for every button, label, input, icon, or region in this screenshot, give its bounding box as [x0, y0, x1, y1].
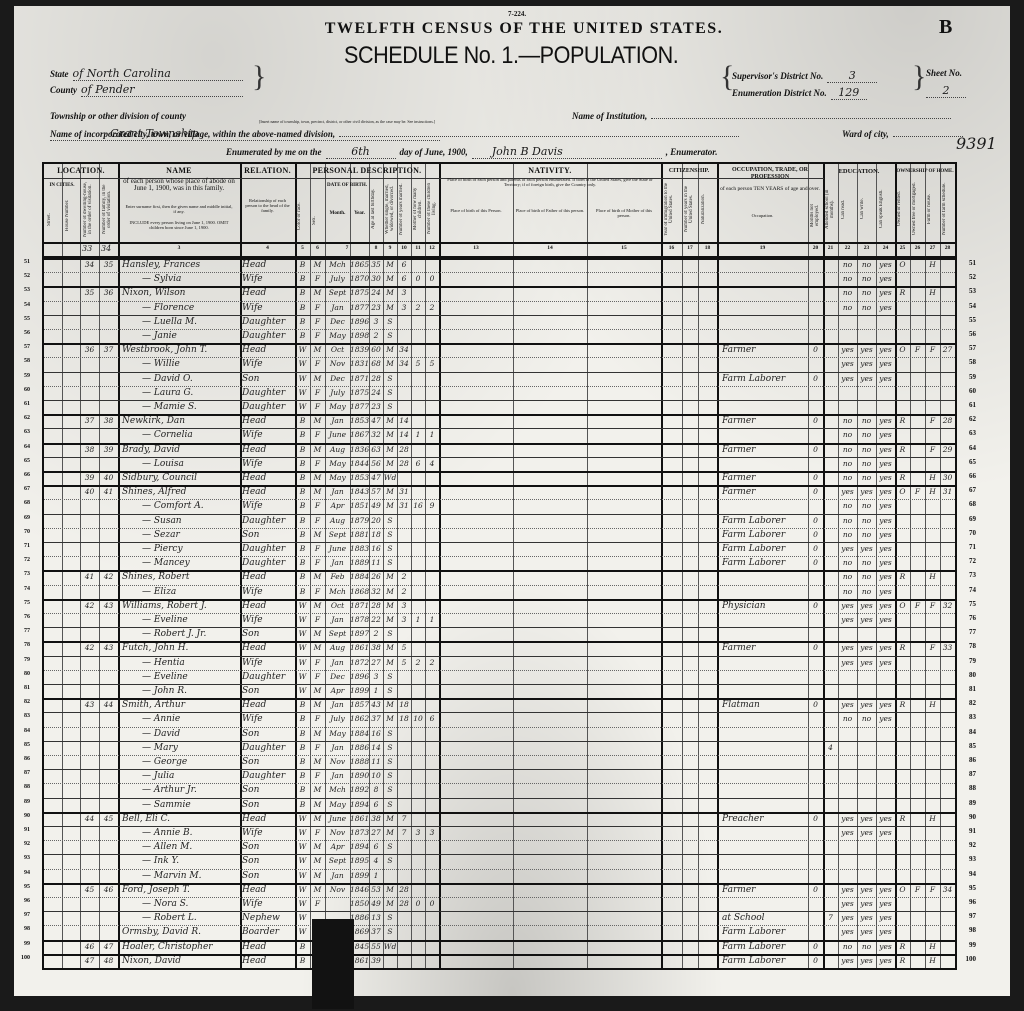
- ed-field: Enumeration District No. 129: [732, 83, 922, 101]
- cell-dwelling: 46: [80, 940, 99, 954]
- cell-farm: F: [925, 414, 940, 428]
- cell-relation: Head: [242, 471, 295, 485]
- table-row: — EvelineWifeWFJan187822M311yesyesyes: [44, 613, 955, 627]
- cell-ym: 18: [397, 712, 411, 726]
- cell-year: 1843: [350, 485, 369, 499]
- cell-sex: F: [310, 656, 325, 670]
- cell-ym: 6: [397, 272, 411, 286]
- table-row: — Robert J. Jr.SonWMSept18972S: [44, 627, 955, 641]
- cell-ym: 28: [397, 897, 411, 911]
- cell-marital: M: [383, 641, 397, 655]
- cell-color: W: [295, 386, 310, 400]
- line-number: 93: [12, 855, 30, 861]
- cell-name: — Louisa: [120, 457, 262, 471]
- cell-month: Jan: [325, 741, 350, 755]
- supervisor-field: Supervisor's District No. 3: [732, 66, 922, 84]
- cell-year: 1894: [350, 840, 369, 854]
- cell-age: 55: [369, 940, 383, 954]
- cell-sex: F: [310, 329, 325, 343]
- marital-header: Whether single, married, widowed, or div…: [385, 180, 396, 238]
- cell-occupation: Farm Laborer: [722, 514, 808, 528]
- cell-age: 2: [369, 329, 383, 343]
- line-number: 93: [958, 855, 976, 863]
- line-number: 59: [12, 373, 30, 379]
- cell-read: no: [838, 286, 857, 300]
- line-number: 84: [958, 728, 976, 736]
- cell-relation: Head: [242, 940, 295, 954]
- cell-marital: S: [383, 840, 397, 854]
- cell-age: 60: [369, 343, 383, 357]
- column-number: 6: [310, 245, 325, 251]
- cell-owned: R: [895, 414, 910, 428]
- cell-family: 42: [99, 570, 118, 584]
- cell-write: no: [857, 585, 876, 599]
- cell-color: B: [295, 471, 310, 485]
- cell-month: May: [325, 400, 350, 414]
- cell-sex: M: [310, 755, 325, 769]
- table-row: — Marvin M.SonWMJan18991: [44, 869, 955, 883]
- line-number: 79: [958, 657, 976, 665]
- cell-year: 1861: [350, 812, 369, 826]
- naturalization-header: Naturalization.: [701, 180, 715, 238]
- cell-relation: Head: [242, 954, 295, 968]
- cell-owned: O: [895, 599, 910, 613]
- cell-farm: F: [925, 443, 940, 457]
- cell-year: 1861: [350, 641, 369, 655]
- cell-owned: O: [895, 883, 910, 897]
- cell-write: yes: [857, 826, 876, 840]
- cell-year: 1871: [350, 599, 369, 613]
- cell-relation: Wife: [242, 457, 295, 471]
- column-number: 3: [118, 245, 240, 251]
- cell-family: 35: [99, 258, 118, 272]
- cell-marital: S: [383, 798, 397, 812]
- cell-marital: M: [383, 585, 397, 599]
- enumerator-label: , Enumerator.: [666, 147, 718, 157]
- cell-year: 1888: [350, 755, 369, 769]
- cell-speak: yes: [876, 343, 895, 357]
- cell-year: 1865: [350, 258, 369, 272]
- supervisor-label: Supervisor's District No.: [732, 71, 823, 81]
- cell-ym: 7: [397, 826, 411, 840]
- cell-age: 22: [369, 613, 383, 627]
- line-number: 97: [12, 912, 30, 918]
- cell-relation: Daughter: [242, 769, 295, 783]
- cell-name: Sidbury, Council: [120, 471, 242, 485]
- table-row: — Nora S.WifeWF185049M2800yesyesyes: [44, 897, 955, 911]
- cell-read: no: [838, 258, 857, 272]
- cell-relation: Daughter: [242, 741, 295, 755]
- cell-color: W: [295, 372, 310, 386]
- column-number: 13: [439, 245, 513, 251]
- cell-speak: yes: [876, 258, 895, 272]
- cell-marital: M: [383, 343, 397, 357]
- cell-write: yes: [857, 897, 876, 911]
- cell-family: 45: [99, 812, 118, 826]
- cell-read: yes: [838, 656, 857, 670]
- cell-read: no: [838, 514, 857, 528]
- cell-relation: Daughter: [242, 514, 295, 528]
- table-row: 4647Hoaler, ChristopherHeadB184555WdFarm…: [44, 940, 955, 954]
- cell-relation: Head: [242, 570, 295, 584]
- line-number: 71: [958, 543, 976, 551]
- cell-dwelling: 39: [80, 471, 99, 485]
- cell-age: 53: [369, 883, 383, 897]
- cell-age: 27: [369, 656, 383, 670]
- cell-color: B: [295, 528, 310, 542]
- cell-write: yes: [857, 372, 876, 386]
- cell-living: 1: [425, 428, 439, 442]
- cell-write: yes: [857, 656, 876, 670]
- cell-relation: Son: [242, 783, 295, 797]
- cell-age: 68: [369, 357, 383, 371]
- institution-label: Name of Institution,: [572, 111, 647, 121]
- cell-read: yes: [838, 357, 857, 371]
- children-living-header: Number of these children living.: [427, 180, 438, 238]
- cell-sex: F: [310, 301, 325, 315]
- cell-name: — David: [120, 727, 262, 741]
- cell-dwelling: 38: [80, 443, 99, 457]
- line-number: 82: [12, 699, 30, 705]
- cell-age: 38: [369, 641, 383, 655]
- cell-occupation: Farmer: [722, 883, 808, 897]
- cell-write: no: [857, 570, 876, 584]
- line-number: 65: [958, 458, 976, 466]
- cell-relation: Wife: [242, 613, 295, 627]
- cell-month: Jan: [325, 301, 350, 315]
- occupation-col-header: Occupation.: [717, 212, 808, 219]
- cell-write: yes: [857, 357, 876, 371]
- cell-family: 38: [99, 414, 118, 428]
- cell-relation: Son: [242, 854, 295, 868]
- cell-age: 8: [369, 783, 383, 797]
- cell-living: 4: [425, 457, 439, 471]
- table-row: — GeorgeSonBMNov188811S: [44, 755, 955, 769]
- cell-sched: 28: [940, 414, 955, 428]
- cell-age: 2: [369, 627, 383, 641]
- cell-color: W: [295, 684, 310, 698]
- cell-sex: F: [310, 386, 325, 400]
- cell-family: 48: [99, 954, 118, 968]
- ed-value: 129: [831, 86, 867, 100]
- cell-name: — Julia: [120, 769, 262, 783]
- cell-write: no: [857, 712, 876, 726]
- cell-speak: yes: [876, 570, 895, 584]
- line-number: 55: [958, 316, 976, 324]
- institution-field: Name of Institution,: [572, 106, 972, 124]
- cell-color: B: [295, 272, 310, 286]
- cell-living: 0: [425, 897, 439, 911]
- line-number: 75: [12, 600, 30, 606]
- cell-owned: O: [895, 258, 910, 272]
- line-number: 72: [12, 557, 30, 563]
- cell-read: no: [838, 301, 857, 315]
- supervisor-value: 3: [827, 69, 877, 83]
- cell-marital: S: [383, 315, 397, 329]
- cell-age: 26: [369, 570, 383, 584]
- line-number: 52: [12, 273, 30, 279]
- column-number: 19: [717, 245, 808, 251]
- cell-family: 46: [99, 883, 118, 897]
- column-number: 24: [876, 245, 895, 251]
- cell-marital: M: [383, 712, 397, 726]
- cell-unemp: 0: [808, 372, 823, 386]
- table-row: — SammieSonBMMay18946S: [44, 798, 955, 812]
- cell-name: — Robert L.: [120, 911, 262, 925]
- table-row: 4041Shines, AlfredHeadBMJan184357M31Farm…: [44, 485, 955, 499]
- owned-header: Owned or rented.: [897, 180, 909, 238]
- cell-read: yes: [838, 826, 857, 840]
- cell-color: W: [295, 357, 310, 371]
- cell-write: yes: [857, 599, 876, 613]
- line-number: 78: [958, 642, 976, 650]
- cell-color: B: [295, 798, 310, 812]
- cell-free: F: [910, 883, 925, 897]
- line-number: 97: [958, 912, 976, 920]
- cell-name: — Annie B.: [120, 826, 262, 840]
- cell-year: 1889: [350, 556, 369, 570]
- cell-year: 1878: [350, 613, 369, 627]
- cell-month: May: [325, 457, 350, 471]
- cell-occupation: Farm Laborer: [722, 372, 808, 386]
- cell-month: Oct: [325, 343, 350, 357]
- cell-read: no: [838, 457, 857, 471]
- cell-sex: M: [310, 869, 325, 883]
- cell-name: — Sylvia: [120, 272, 262, 286]
- cell-relation: Wife: [242, 826, 295, 840]
- cell-age: 11: [369, 755, 383, 769]
- cell-age: 11: [369, 556, 383, 570]
- cell-sex: M: [310, 854, 325, 868]
- cell-month: June: [325, 542, 350, 556]
- cell-owned: R: [895, 954, 910, 968]
- line-number: 96: [958, 898, 976, 906]
- cell-marital: M: [383, 357, 397, 371]
- line-number: 67: [958, 486, 976, 494]
- cell-relation: Son: [242, 755, 295, 769]
- column-number: 25: [895, 245, 910, 251]
- cell-ym: 18: [397, 698, 411, 712]
- sheet-label: Sheet No.: [926, 68, 962, 78]
- cell-dwelling: 41: [80, 570, 99, 584]
- cell-farm: H: [925, 485, 940, 499]
- cell-write: no: [857, 414, 876, 428]
- cell-sex: M: [310, 798, 325, 812]
- line-number: 73: [12, 571, 30, 577]
- cell-occupation: Farm Laborer: [722, 528, 808, 542]
- cell-sex: F: [310, 542, 325, 556]
- cell-write: yes: [857, 542, 876, 556]
- cell-marital: M: [383, 428, 397, 442]
- cell-month: Jan: [325, 869, 350, 883]
- table-row: 3738Newkirk, DanHeadBMJan185347M14Farmer…: [44, 414, 955, 428]
- enumerated-day: 6th: [326, 145, 396, 159]
- line-number: 77: [958, 628, 976, 636]
- line-number: 61: [12, 401, 30, 407]
- cell-color: B: [295, 514, 310, 528]
- cell-year: 1899: [350, 684, 369, 698]
- cell-name: — Comfort A.: [120, 499, 262, 513]
- table-row: — PiercyDaughterBFJune188316SFarm Labore…: [44, 542, 955, 556]
- cell-owned: R: [895, 286, 910, 300]
- cell-name: — Eliza: [120, 585, 262, 599]
- cell-sex: F: [310, 769, 325, 783]
- cell-owned: R: [895, 443, 910, 457]
- cell-name: — Luella M.: [120, 315, 262, 329]
- cell-year: 1884: [350, 727, 369, 741]
- cell-speak: yes: [876, 641, 895, 655]
- cell-year: 1877: [350, 301, 369, 315]
- cell-month: Sept: [325, 528, 350, 542]
- line-number: 100: [12, 955, 30, 961]
- cell-year: 1870: [350, 272, 369, 286]
- cell-farm: H: [925, 258, 940, 272]
- cell-name: Hoaler, Christopher: [120, 940, 242, 954]
- line-number: 91: [958, 827, 976, 835]
- cell-age: 35: [369, 258, 383, 272]
- cell-color: B: [295, 783, 310, 797]
- cell-sched: 29: [940, 443, 955, 457]
- cell-color: B: [295, 542, 310, 556]
- cell-age: 16: [369, 542, 383, 556]
- cell-ym: 7: [397, 812, 411, 826]
- line-number: 62: [958, 415, 976, 423]
- line-number: 80: [12, 671, 30, 677]
- cell-year: 1853: [350, 414, 369, 428]
- cell-relation: Head: [242, 812, 295, 826]
- column-number: 21: [823, 245, 838, 251]
- cell-relation: Wife: [242, 272, 295, 286]
- cell-speak: yes: [876, 712, 895, 726]
- cell-read: yes: [838, 897, 857, 911]
- cell-occupation: Flatman: [722, 698, 808, 712]
- table-row: — HentiaWifeWFJan187227M522yesyesyes: [44, 656, 955, 670]
- cell-ym: 3: [397, 599, 411, 613]
- cell-read: no: [838, 940, 857, 954]
- citizenship-header: CITIZENSHIP.: [661, 168, 717, 175]
- cell-name: — Nora S.: [120, 897, 262, 911]
- cell-children: 3: [411, 826, 425, 840]
- line-number: 52: [958, 273, 976, 281]
- cell-occupation: Farm Laborer: [722, 940, 808, 954]
- cell-write: no: [857, 272, 876, 286]
- institution-value: [651, 118, 951, 119]
- cell-year: 1871: [350, 372, 369, 386]
- cell-name: Brady, David: [120, 443, 242, 457]
- cell-owned: R: [895, 471, 910, 485]
- cell-year: 1857: [350, 698, 369, 712]
- cell-ym: 2: [397, 570, 411, 584]
- column-number: 28: [940, 245, 955, 251]
- cell-ym: 28: [397, 443, 411, 457]
- years-us-header: Number of years in the United States.: [684, 180, 696, 238]
- table-row: — John R.SonWMApr18991S: [44, 684, 955, 698]
- table-row: — Allen M.SonWMApr18946S: [44, 840, 955, 854]
- enumerated-label: Enumerated by me on the: [226, 147, 322, 157]
- cell-month: Mch: [325, 258, 350, 272]
- cell-read: no: [838, 443, 857, 457]
- cell-relation: Son: [242, 684, 295, 698]
- cell-color: B: [295, 485, 310, 499]
- cell-relation: Head: [242, 485, 295, 499]
- cell-sex: M: [310, 528, 325, 542]
- table-row: 4445Bell, Eli C.HeadWMJune186138M7Preach…: [44, 812, 955, 826]
- cell-sex: M: [310, 372, 325, 386]
- line-number: 77: [12, 628, 30, 634]
- cell-name: — Sezar: [120, 528, 262, 542]
- can-speak-header: Can speak English.: [879, 180, 893, 238]
- cell-living: 9: [425, 499, 439, 513]
- table-row: 4344Smith, ArthurHeadBMJan185743M18Flatm…: [44, 698, 955, 712]
- cell-relation: Wife: [242, 301, 295, 315]
- line-number: 63: [958, 429, 976, 437]
- cell-month: Nov: [325, 357, 350, 371]
- pob-person-header: Place of birth of this Person.: [441, 208, 511, 213]
- cell-month: Feb: [325, 570, 350, 584]
- cell-sex: M: [310, 627, 325, 641]
- cell-year: 1872: [350, 656, 369, 670]
- table-row: — SusanDaughterBFAug187920SFarm Laborer0…: [44, 514, 955, 528]
- cell-write: no: [857, 443, 876, 457]
- cell-speak: yes: [876, 471, 895, 485]
- table-row: 4243Futch, John H.HeadWMAug186138M5Farme…: [44, 641, 955, 655]
- column-number: 5: [295, 245, 310, 251]
- line-number: 70: [958, 529, 976, 537]
- cell-sex: F: [310, 499, 325, 513]
- table-row: — CorneliaWifeBFJune186732M1411nonoyes: [44, 428, 955, 442]
- cell-year: 1853: [350, 471, 369, 485]
- line-number: 80: [958, 671, 976, 679]
- table-row: 4142Shines, RobertHeadBMFeb188426M2nonoy…: [44, 570, 955, 584]
- street-header: Street.: [47, 202, 59, 238]
- cell-name: — Robert J. Jr.: [120, 627, 262, 641]
- cell-name: Westbrook, John T.: [120, 343, 242, 357]
- cell-read: no: [838, 471, 857, 485]
- birth-header: DATE OF BIRTH.: [325, 182, 369, 189]
- cell-sex: M: [310, 485, 325, 499]
- cell-sex: F: [310, 613, 325, 627]
- relation-desc: Relationship of each person to the head …: [244, 198, 291, 213]
- census-table: LOCATION. IN CITIES. NAME of each person…: [42, 162, 957, 970]
- cell-name: Nixon, David: [120, 954, 242, 968]
- cell-name: Ford, Joseph T.: [120, 883, 242, 897]
- age-header: Age at last birthday.: [371, 180, 382, 238]
- cell-year: 1896: [350, 670, 369, 684]
- cell-name: — Eveline: [120, 670, 262, 684]
- cell-marital: S: [383, 769, 397, 783]
- table-row: — MaryDaughterBFJan188614S4: [44, 741, 955, 755]
- cell-occupation: Preacher: [722, 812, 808, 826]
- cell-marital: M: [383, 656, 397, 670]
- column-number: 18: [698, 245, 717, 251]
- cell-age: 4: [369, 854, 383, 868]
- line-number: 69: [12, 515, 30, 521]
- sheet-letter: B: [939, 16, 952, 39]
- cell-relation: Wife: [242, 712, 295, 726]
- cell-age: 49: [369, 499, 383, 513]
- occupation-desc: of each person TEN YEARS of age and over…: [720, 186, 820, 193]
- cell-sex: M: [310, 684, 325, 698]
- cell-year: 1839: [350, 343, 369, 357]
- cell-name: Smith, Arthur: [120, 698, 242, 712]
- line-number: 92: [12, 841, 30, 847]
- cell-read: no: [838, 272, 857, 286]
- cell-color: B: [295, 585, 310, 599]
- cell-month: Jan: [325, 414, 350, 428]
- cell-marital: S: [383, 329, 397, 343]
- cell-month: Jan: [325, 769, 350, 783]
- cell-relation: Head: [242, 883, 295, 897]
